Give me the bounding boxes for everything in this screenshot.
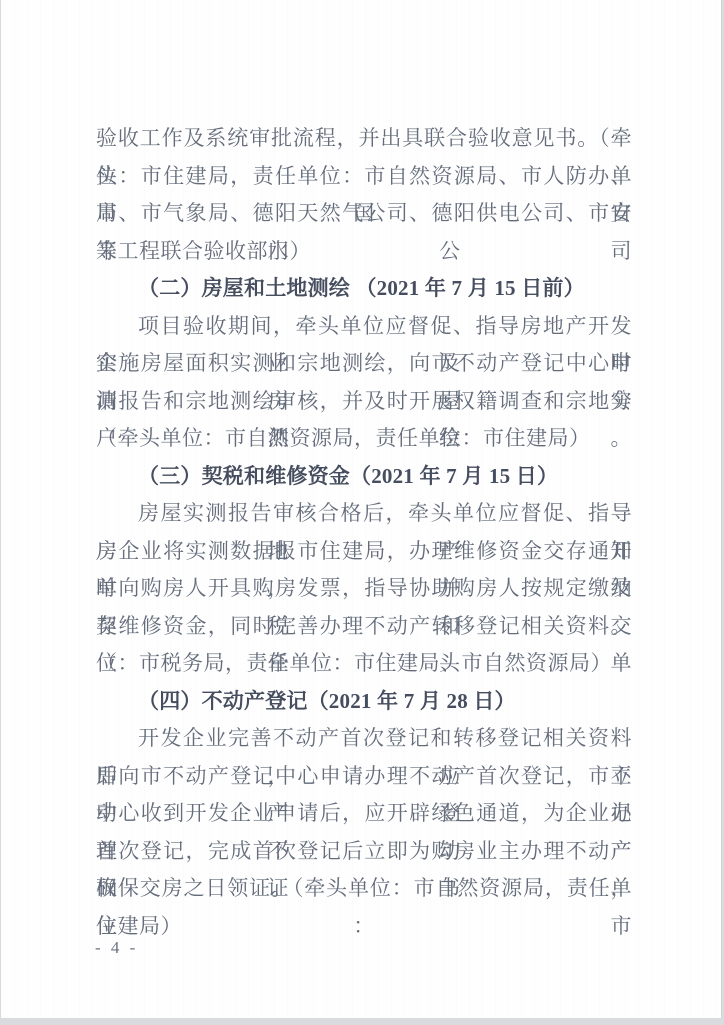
text-line: 时向购房人开具购房发票，指导协助购房人按规定缴纳契税和交 bbox=[96, 570, 632, 608]
paragraph-joint-inspection: 验收工作及系统审批流程，并出具联合验收意见书。（牵头单 位：市住建局，责任单位：… bbox=[96, 120, 632, 270]
text-line: （牵头单位：市自然资源局，责任单位：市住建局） bbox=[96, 420, 632, 458]
text-line: 测报告和宗地测绘审核，并及时开展权籍调查和宗地分户测绘。 bbox=[96, 383, 632, 421]
paragraph-tax-maintenance-fund: 房屋实测报告审核合格后，牵头单位应督促、指导房地产开 房企业将实测数据报市住建局… bbox=[96, 495, 632, 683]
paragraph-real-estate-registration: 开发企业完善不动产首次登记和转移登记相关资料后，应立 即向市不动产登记中心申请办… bbox=[96, 720, 632, 945]
text-line: 即向市不动产登记中心申请办理不动产首次登记，市不动产登记 bbox=[96, 758, 632, 796]
document-body: 验收工作及系统审批流程，并出具联合验收意见书。（牵头单 位：市住建局，责任单位：… bbox=[96, 120, 632, 945]
text-line: 局、市气象局、德阳天然气公司、德阳供电公司、市自来水公司 bbox=[96, 195, 632, 233]
text-line: 房企业将实测数据报市住建局，办理维修资金交存通知单，并及 bbox=[96, 533, 632, 571]
text-line: 中心收到开发企业申请后，应开辟绿色通道，为企业办理不动产 bbox=[96, 795, 632, 833]
section-heading-2-surveying: （二）房屋和土地测绘 （2021 年 7 月 15 日前） bbox=[96, 270, 632, 308]
text-line: 首次登记，完成首次登记后立即为购房业主办理不动产权证书， bbox=[96, 833, 632, 871]
section-heading-4-real-estate-registration: （四）不动产登记（2021 年 7 月 28 日） bbox=[96, 683, 632, 721]
text-line: 确保交房之日领证。（牵头单位：市自然资源局，责任单位：市 bbox=[96, 870, 632, 908]
text-line: 项目验收期间，牵头单位应督促、指导房地产开发企业及时 bbox=[96, 308, 632, 346]
section-heading-3-tax-maintenance-fund: （三）契税和维修资金（2021 年 7 月 15 日） bbox=[96, 458, 632, 496]
page-number: - 4 - bbox=[95, 936, 138, 960]
text-line: 开发企业完善不动产首次登记和转移登记相关资料后，应立 bbox=[96, 720, 632, 758]
text-line: 位：市税务局，责任单位：市住建局、市自然资源局） bbox=[96, 645, 632, 683]
text-line: 位：市住建局，责任单位：市自然资源局、市人防办、市国安 bbox=[96, 158, 632, 196]
text-line: 实施房屋面积实测和宗地测绘，向市不动产登记中心申请房屋实 bbox=[96, 345, 632, 383]
text-line: 验收工作及系统审批流程，并出具联合验收意见书。（牵头单 bbox=[96, 120, 632, 158]
paragraph-surveying: 项目验收期间，牵头单位应督促、指导房地产开发企业及时 实施房屋面积实测和宗地测绘… bbox=[96, 308, 632, 458]
text-line: 房屋实测报告审核合格后，牵头单位应督促、指导房地产开 bbox=[96, 495, 632, 533]
scanned-document-page: 验收工作及系统审批流程，并出具联合验收意见书。（牵头单 位：市住建局，责任单位：… bbox=[0, 0, 722, 1018]
text-line: 存维修资金，同时完善办理不动产转移登记相关资料。（牵头单 bbox=[96, 608, 632, 646]
